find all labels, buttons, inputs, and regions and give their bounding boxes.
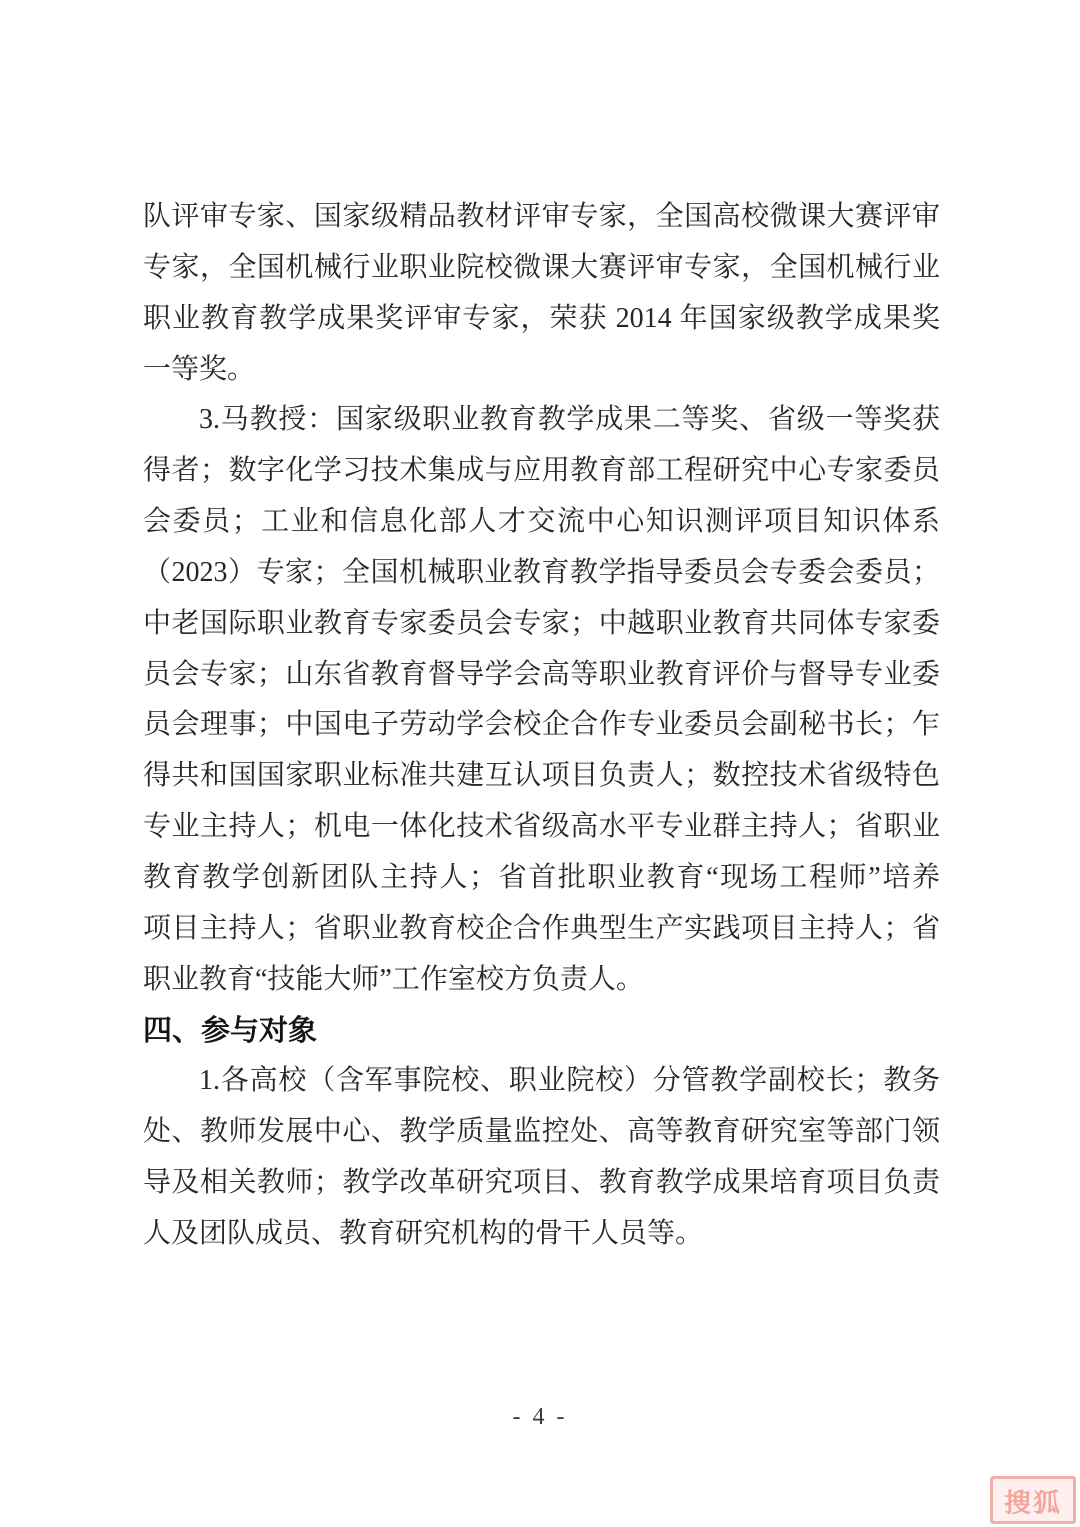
text-line: （2023）专家；全国机械职业教育教学指导委员会专委会委员； [143, 548, 940, 599]
text-line: 得共和国国家职业标准共建互认项目负责人；数控技术省级特色 [143, 751, 940, 802]
section-heading: 四、参与对象 [143, 1006, 940, 1057]
text-line: 中老国际职业教育专家委员会专家；中越职业教育共同体专家委 [143, 599, 940, 650]
document-page: 队评审专家、国家级精品教材评审专家，全国高校微课大赛评审专家，全国机械行业职业院… [0, 0, 1080, 1527]
text-line: 员会专家；山东省教育督导学会高等职业教育评价与督导专业委 [143, 650, 940, 701]
text-line: 职业教育“技能大师”工作室校方负责人。 [143, 955, 940, 1006]
text-line: 项目主持人；省职业教育校企合作典型生产实践项目主持人；省 [143, 904, 940, 955]
text-line: 人及团队成员、教育研究机构的骨干人员等。 [143, 1209, 940, 1260]
text-line: 员会理事；中国电子劳动学会校企合作专业委员会副秘书长；乍 [143, 700, 940, 751]
text-line: 队评审专家、国家级精品教材评审专家，全国高校微课大赛评审 [143, 192, 940, 243]
watermark-seal-icon: 搜狐 [1004, 1481, 1062, 1518]
text-line: 3.马教授：国家级职业教育教学成果二等奖、省级一等奖获 [143, 395, 940, 446]
page-number: - 4 - [0, 1404, 1080, 1431]
text-line: 得者；数字化学习技术集成与应用教育部工程研究中心专家委员 [143, 446, 940, 497]
text-line: 专家，全国机械行业职业院校微课大赛评审专家，全国机械行业 [143, 243, 940, 294]
text-line: 教育教学创新团队主持人；省首批职业教育“现场工程师”培养 [143, 853, 940, 904]
text-line: 导及相关教师；教学改革研究项目、教育教学成果培育项目负责 [143, 1158, 940, 1209]
text-line: 职业教育教学成果奖评审专家，荣获 2014 年国家级教学成果奖 [143, 294, 940, 345]
text-line: 会委员；工业和信息化部人才交流中心知识测评项目知识体系 [143, 497, 940, 548]
text-line: 处、教师发展中心、教学质量监控处、高等教育研究室等部门领 [143, 1107, 940, 1158]
text-line: 专业主持人；机电一体化技术省级高水平专业群主持人；省职业 [143, 802, 940, 853]
text-line: 一等奖。 [143, 345, 940, 396]
text-line: 1.各高校（含军事院校、职业院校）分管教学副校长；教务 [143, 1056, 940, 1107]
watermark-stamp: 搜狐 [990, 1476, 1076, 1524]
document-body: 队评审专家、国家级精品教材评审专家，全国高校微课大赛评审专家，全国机械行业职业院… [143, 192, 940, 1260]
